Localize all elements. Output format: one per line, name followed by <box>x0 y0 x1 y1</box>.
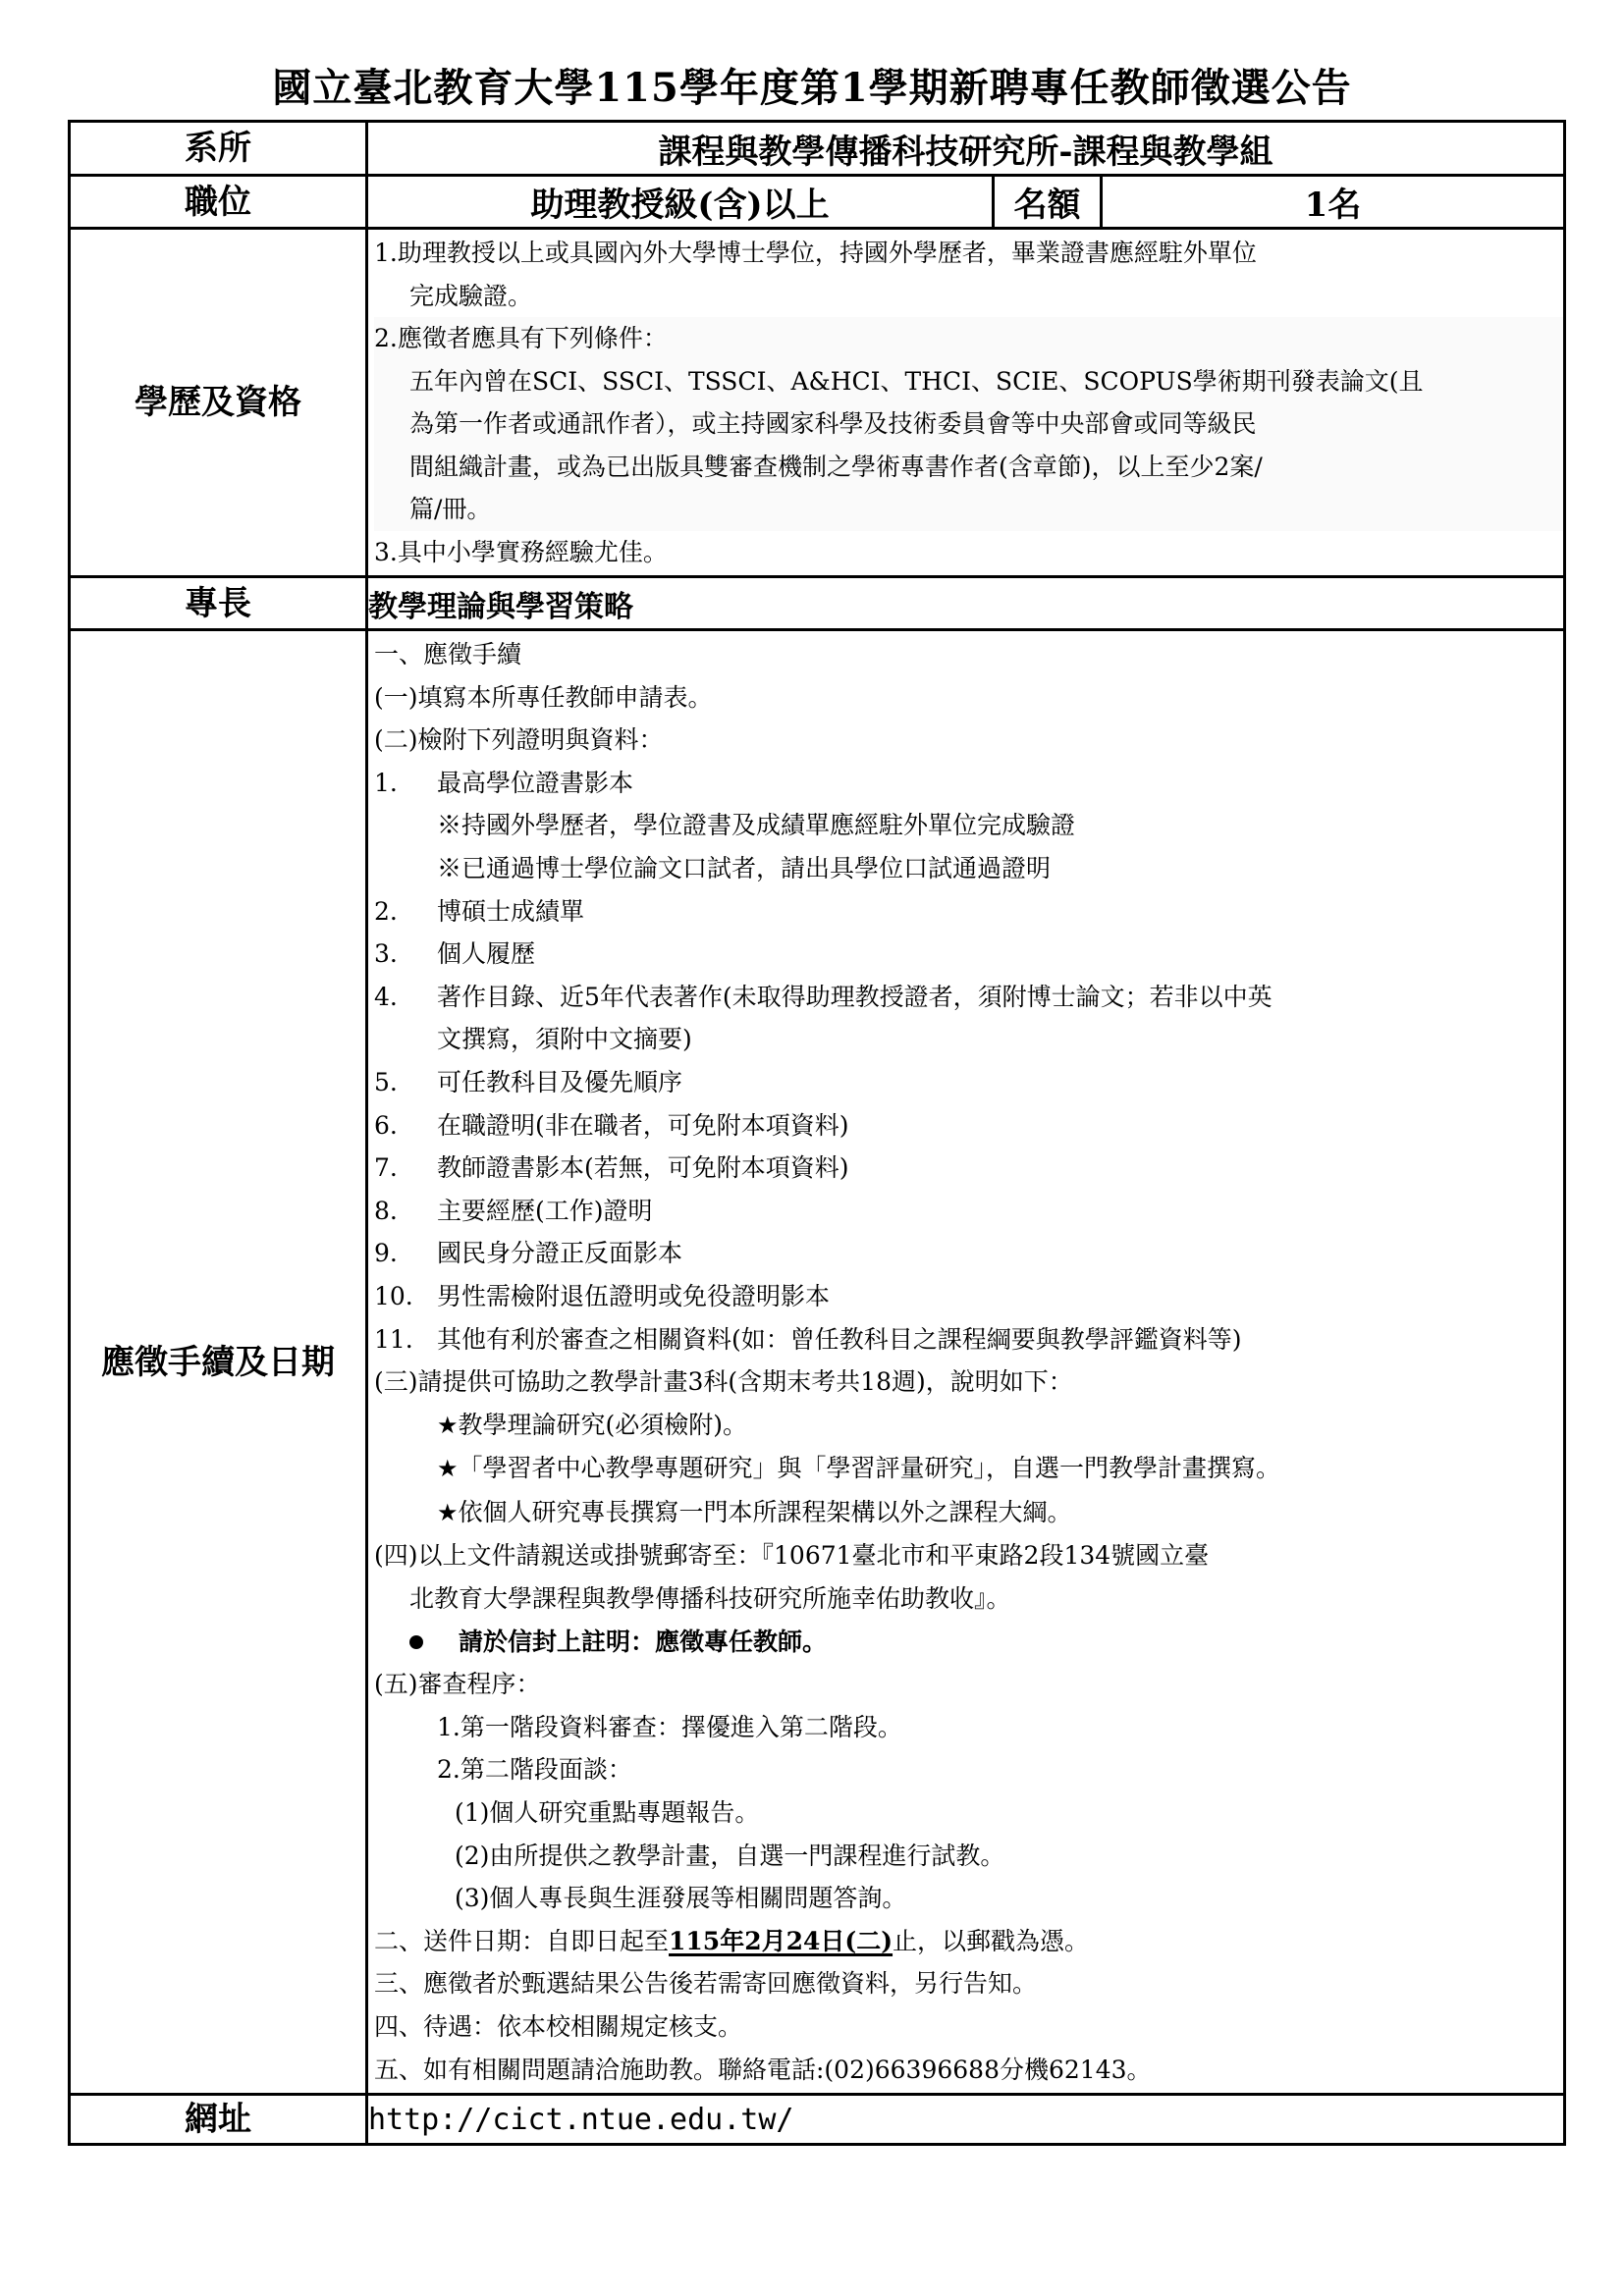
document-1-note-1: ※持國外學歷者，學位證書及成績單應經駐外單位完成驗證 <box>374 804 1563 847</box>
document-item-2: 2. 博碩士成績單 <box>374 890 1563 934</box>
position-label: 職位 <box>70 176 367 229</box>
envelope-note: 請於信封上註明：應徵專任教師。 <box>374 1621 1563 1664</box>
step-3: (三)請提供可協助之教學計畫3科(含期末考共18週)，說明如下： <box>374 1361 1563 1404</box>
specialty-row: 專長 教學理論與學習策略 <box>70 577 1565 630</box>
star-icon: ★ <box>437 1412 459 1439</box>
interview-item-3: (3)個人專長與生涯發展等相關問題答詢。 <box>374 1877 1563 1920</box>
department-row: 系所 課程與教學傳播科技研究所-課程與教學組 <box>70 122 1565 176</box>
application-row: 應徵手續及日期 一、應徵手續 (一)填寫本所專任教師申請表。 (二)檢附下列證明… <box>70 630 1565 2095</box>
qualification-2-line-1: 五年內曾在SCI、SSCI、TSSCI、A&HCI、THCI、SCIE、SCOP… <box>374 360 1563 403</box>
step-4-cont: 北教育大學課程與教學傳播科技研究所施幸佑助教收』。 <box>374 1577 1563 1621</box>
quota-label: 名額 <box>994 176 1102 229</box>
website-row: 網址 http://cict.ntue.edu.tw/ <box>70 2095 1565 2145</box>
qualification-2-block: 2.應徵者應具有下列條件： 五年內曾在SCI、SSCI、TSSCI、A&HCI、… <box>374 317 1563 531</box>
step-5: (五)審查程序： <box>374 1663 1563 1706</box>
qualification-3: 3.具中小學實務經驗尤佳。 <box>374 531 1563 574</box>
document-1-note-2: ※已通過博士學位論文口試者，請出具學位口試通過證明 <box>374 847 1563 890</box>
interview-item-1: (1)個人研究重點專題報告。 <box>374 1791 1563 1835</box>
deadline: 二、送件日期：自即日起至115年2月24日(二)止，以郵戳為憑。 <box>374 1920 1563 1963</box>
interview-item-2: (2)由所提供之教學計畫，自選一門課程進行試教。 <box>374 1835 1563 1878</box>
step-1: (一)填寫本所專任教師申請表。 <box>374 676 1563 720</box>
salary-notice: 四、待遇：依本校相關規定核支。 <box>374 2005 1563 2049</box>
quota-value: 1名 <box>1102 176 1565 229</box>
plan-item-2: ★「學習者中心教學專題研究」與「學習評量研究」，自選一門教學計畫撰寫。 <box>374 1447 1563 1491</box>
website-label: 網址 <box>70 2095 367 2145</box>
page-title: 國立臺北教育大學115學年度第1學期新聘專任教師徵選公告 <box>0 61 1624 116</box>
application-heading: 一、應徵手續 <box>374 633 1563 676</box>
document-item-11: 11. 其他有利於審查之相關資料(如：曾任教科目之課程綱要與教學評鑑資料等) <box>374 1318 1563 1362</box>
return-notice: 三、應徵者於甄選結果公告後若需寄回應徵資料，另行告知。 <box>374 1962 1563 2005</box>
qualification-2-line-3: 間組織計畫，或為已出版具雙審查機制之學術專書作者(含章節)，以上至少2案/ <box>374 446 1563 489</box>
star-icon: ★ <box>437 1455 459 1482</box>
qualifications-row: 學歷及資格 1.助理教授以上或具國內外大學博士學位，持國外學歷者，畢業證書應經駐… <box>70 229 1565 577</box>
plan-item-1: ★教學理論研究(必須檢附)。 <box>374 1404 1563 1448</box>
department-label: 系所 <box>70 122 367 176</box>
qualification-1: 1.助理教授以上或具國內外大學博士學位，持國外學歷者，畢業證書應經駐外單位 <box>374 232 1563 275</box>
document-item-7: 7. 教師證書影本(若無，可免附本項資料) <box>374 1147 1563 1190</box>
qualifications-label: 學歷及資格 <box>70 229 367 577</box>
review-stage-2: 2.第二階段面談： <box>374 1748 1563 1791</box>
position-row: 職位 助理教授級(含)以上 名額 1名 <box>70 176 1565 229</box>
document-item-5: 5. 可任教科目及優先順序 <box>374 1061 1563 1104</box>
qualification-2-line-4: 篇/冊。 <box>374 488 1563 531</box>
step-4: (四)以上文件請親送或掛號郵寄至：『10671臺北市和平東路2段134號國立臺 <box>374 1534 1563 1577</box>
website-link[interactable]: http://cict.ntue.edu.tw/ <box>367 2095 1565 2145</box>
recruitment-table: 系所 課程與教學傳播科技研究所-課程與教學組 職位 助理教授級(含)以上 名額 … <box>68 120 1566 2146</box>
document-item-9: 9. 國民身分證正反面影本 <box>374 1232 1563 1275</box>
document-4-cont: 文撰寫，須附中文摘要) <box>374 1018 1563 1061</box>
bullet-icon <box>409 1635 423 1649</box>
application-label: 應徵手續及日期 <box>70 630 367 2095</box>
step-2: (二)檢附下列證明與資料： <box>374 719 1563 762</box>
specialty-value: 教學理論與學習策略 <box>367 577 1565 630</box>
department-value: 課程與教學傳播科技研究所-課程與教學組 <box>367 122 1565 176</box>
qualification-2-line-2: 為第一作者或通訊作者），或主持國家科學及技術委員會等中央部會或同等級民 <box>374 402 1563 446</box>
qualification-2: 2.應徵者應具有下列條件： <box>374 317 1563 360</box>
qualifications-content: 1.助理教授以上或具國內外大學博士學位，持國外學歷者，畢業證書應經駐外單位 完成… <box>367 229 1565 577</box>
review-stage-1: 1.第一階段資料審查：擇優進入第二階段。 <box>374 1706 1563 1749</box>
star-icon: ★ <box>437 1499 459 1526</box>
position-value: 助理教授級(含)以上 <box>367 176 994 229</box>
plan-item-3: ★依個人研究專長撰寫一門本所課程架構以外之課程大綱。 <box>374 1491 1563 1535</box>
document-item-10: 10. 男性需檢附退伍證明或免役證明影本 <box>374 1275 1563 1318</box>
document-item-6: 6. 在職證明(非在職者，可免附本項資料) <box>374 1104 1563 1148</box>
qualification-1-cont: 完成驗證。 <box>374 275 1563 318</box>
document-item-1: 1. 最高學位證書影本 <box>374 762 1563 805</box>
deadline-date: 115年2月24日(二) <box>669 1927 893 1955</box>
contact-info: 五、如有相關問題請洽施助教。聯絡電話:(02)66396688分機62143。 <box>374 2049 1563 2092</box>
document-item-8: 8. 主要經歷(工作)證明 <box>374 1190 1563 1233</box>
document-item-4: 4. 著作目錄、近5年代表著作(未取得助理教授證者，須附博士論文；若非以中英 <box>374 976 1563 1019</box>
document-item-3: 3. 個人履歷 <box>374 933 1563 976</box>
application-content: 一、應徵手續 (一)填寫本所專任教師申請表。 (二)檢附下列證明與資料： 1. … <box>367 630 1565 2095</box>
specialty-label: 專長 <box>70 577 367 630</box>
